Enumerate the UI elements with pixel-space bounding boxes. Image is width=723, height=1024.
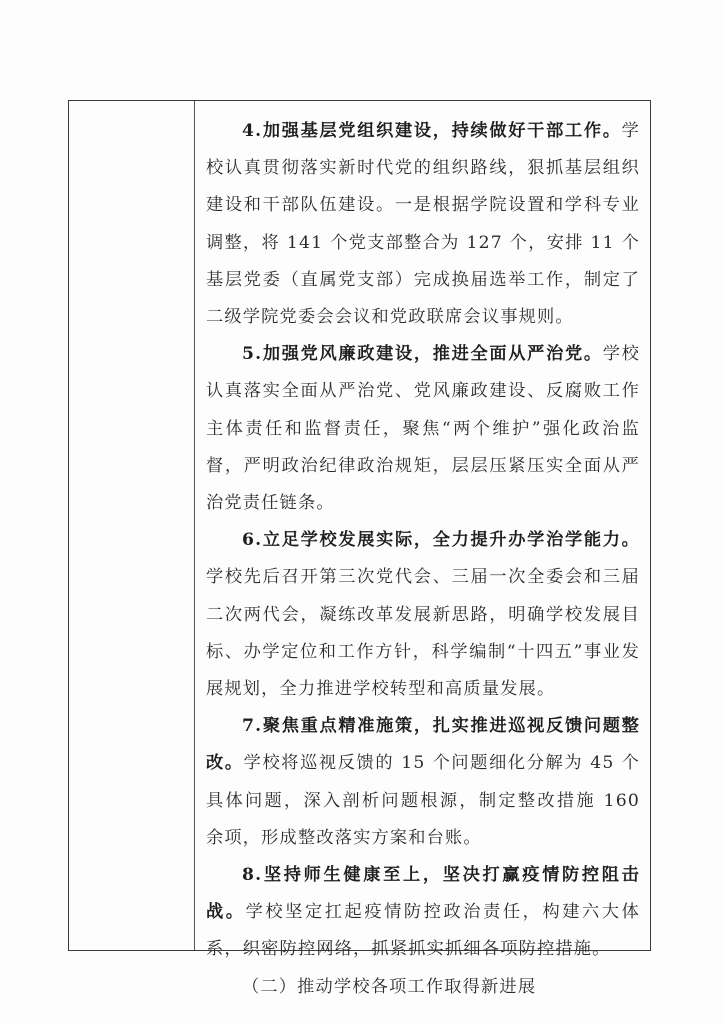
- paragraph-item-5: 5.加强党风廉政建设，推进全面从严治党。学校认真落实全面从严治党、党风廉政建设、…: [206, 336, 640, 522]
- document-table: 4.加强基层党组织建设，持续做好干部工作。学校认真贯彻落实新时代党的组织路线，狠…: [68, 100, 651, 951]
- paragraph-body: 学校坚定扛起疫情防控政治责任，构建六大体系，织密防控网络，抓紧抓实抓细各项防控措…: [206, 902, 640, 959]
- paragraph-item-8: 8.坚持师生健康至上，坚决打赢疫情防控阻击战。学校坚定扛起疫情防控政治责任，构建…: [206, 857, 640, 969]
- paragraph-item-6: 6.立足学校发展实际，全力提升办学治学能力。学校先后召开第三次党代会、三届一次全…: [206, 522, 640, 708]
- paragraph-lead: 4.加强基层党组织建设，持续做好干部工作。: [242, 121, 622, 141]
- paragraph-item-7: 7.聚焦重点精准施策，扎实推进巡视反馈问题整改。学校将巡视反馈的 15 个问题细…: [206, 708, 640, 857]
- paragraph-lead: 6.立足学校发展实际，全力提升办学治学能力。: [242, 530, 640, 550]
- section-subheading: （二）推动学校各项工作取得新进展: [206, 969, 640, 1006]
- paragraph-lead: 5.加强党风廉政建设，推进全面从严治党。: [242, 344, 603, 364]
- paragraph-body: 学校先后召开第三次党代会、三届一次全委会和三届二次两代会，凝练改革发展新思路，明…: [206, 567, 640, 699]
- paragraph-item-4: 4.加强基层党组织建设，持续做好干部工作。学校认真贯彻落实新时代党的组织路线，狠…: [206, 113, 640, 336]
- paragraph-body: 学校将巡视反馈的 15 个问题细化分解为 45 个具体问题，深入剖析问题根源，制…: [206, 753, 640, 847]
- table-content-cell: 4.加强基层党组织建设，持续做好干部工作。学校认真贯彻落实新时代党的组织路线，狠…: [195, 101, 650, 950]
- paragraph-body: 学校认真落实全面从严治党、党风廉政建设、反腐败工作主体责任和监督责任，聚焦“两个…: [206, 344, 640, 513]
- paragraph-body: 学校认真贯彻落实新时代党的组织路线，狠抓基层组织建设和干部队伍建设。一是根据学院…: [206, 121, 640, 327]
- table-left-cell: [69, 101, 195, 950]
